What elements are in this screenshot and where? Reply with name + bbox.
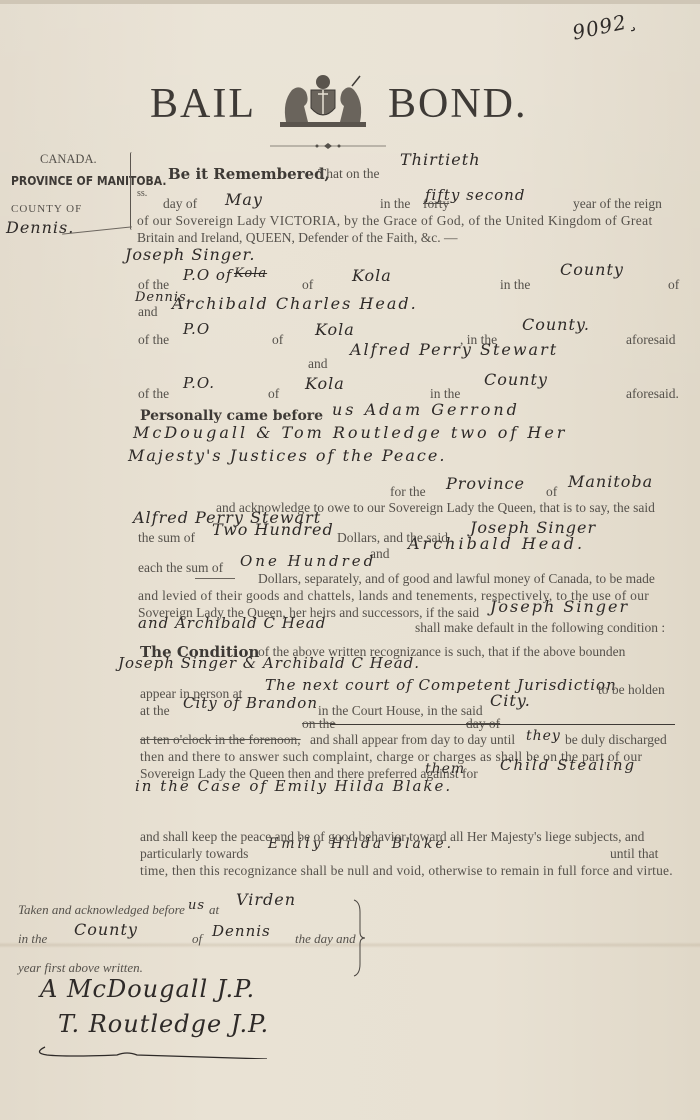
party-3-suffix: aforesaid.	[626, 386, 679, 402]
year-of-reign-label: year of the reign	[573, 196, 662, 212]
party-3-of: of	[268, 386, 279, 402]
preamble-line-3: Britain and Ireland, QUEEN, Defender of …	[137, 230, 458, 246]
party-1-place-type: P.O of	[183, 266, 232, 284]
jurisdiction-brace	[130, 152, 135, 230]
party-2-county: County.	[522, 315, 590, 334]
principal-sum: Two Hundred	[212, 520, 334, 539]
surety-2-name: Archibald Head.	[408, 534, 585, 553]
they-word: they	[526, 728, 561, 744]
day-ordinal: Thirtieth	[400, 150, 481, 169]
in-the-label: in the	[380, 196, 410, 212]
personally-came-before: Personally came before	[140, 408, 323, 424]
party-1-of: of	[302, 277, 313, 293]
party-2-connector: and	[138, 304, 158, 320]
for-label: for	[462, 766, 478, 782]
province-of-label: of	[546, 484, 557, 500]
party-3-name: Alfred Perry Stewart	[350, 340, 558, 359]
discharged-line: be duly discharged	[565, 732, 667, 748]
particularly-towards: particularly towards	[140, 846, 248, 862]
party-1-county: County	[560, 260, 624, 279]
signature-justice-1: A McDougall J.P.	[40, 975, 255, 1003]
country-label: CANADA.	[40, 152, 97, 167]
us-word: us	[188, 898, 205, 913]
bounden-names: Joseph Singer & Archibald C Head.	[118, 654, 420, 672]
the-day-and: the day and	[295, 931, 356, 947]
said-city: City.	[490, 691, 531, 710]
court-city: City of Brandon	[183, 694, 318, 712]
title-bond: BOND.	[388, 80, 528, 128]
royal-crest-icon	[278, 72, 368, 128]
in-the-label-2: in the	[18, 931, 47, 947]
each-sum-label: each the sum of	[138, 560, 223, 576]
justices-line-2: McDougall & Tom Routledge two of Her	[133, 423, 567, 442]
party-1-in-the: in the	[500, 277, 530, 293]
peace-line-3: time, then this recognizance shall be nu…	[140, 863, 673, 879]
regnal-year: fifty second	[425, 186, 525, 204]
that-on-the: That on the	[318, 166, 379, 182]
attestation-county: County	[74, 920, 138, 939]
them-word: them	[425, 761, 465, 777]
party-3-place-type: P.O.	[183, 374, 215, 392]
catalog-number: 9092¸	[570, 7, 639, 44]
province-name: Manitoba	[568, 472, 653, 491]
attestation-county-name: Dennis	[212, 922, 271, 940]
default-name-1: Joseph Singer	[490, 597, 629, 616]
year-first-written: year first above written.	[18, 960, 143, 976]
to-be-holden: to be holden	[598, 682, 665, 698]
charge: Child Stealing	[500, 756, 636, 774]
appear-day-line: and shall appear from day to day until	[310, 732, 515, 748]
default-name-2: and Archibald C Head	[138, 614, 326, 632]
court-house-line: in the Court House, in the said	[318, 703, 483, 719]
struck-time: at ten o'clock in the forenoon,	[140, 732, 301, 748]
attestation-place: Virden	[236, 890, 296, 909]
ss-label: ss.	[137, 188, 147, 199]
title-ornament	[270, 143, 386, 149]
party-3-connector: and	[308, 356, 328, 372]
charge-line-2: in the Case of Emily Hilda Blake.	[135, 777, 452, 795]
signature-flourish	[35, 1045, 270, 1059]
province-word: Province	[446, 474, 525, 493]
party-1-name: Joseph Singer.	[125, 245, 255, 264]
top-edge	[0, 0, 700, 4]
title-bail: BAIL	[150, 80, 256, 128]
until-that: until that	[610, 846, 658, 862]
at-label: at	[209, 902, 219, 918]
party-2-name: Archibald Charles Head.	[172, 294, 418, 313]
party-2-of-the: of the	[138, 332, 169, 348]
party-3-place: Kola	[305, 374, 345, 393]
at-the-label: at the	[140, 703, 170, 719]
justices-line-3: Majesty's Justices of the Peace.	[128, 446, 446, 465]
party-2-place: Kola	[315, 320, 355, 339]
appear-location: The next court of Competent Jurisdiction	[265, 676, 617, 694]
be-it-remembered: Be it Remembered,	[168, 165, 330, 183]
of-label-2: of	[192, 931, 202, 947]
party-1-place: Kola	[352, 266, 392, 285]
justices-line-1: us Adam Gerrond	[332, 400, 520, 419]
sum-rule	[195, 578, 235, 579]
bail-bond-document: 9092¸ BAIL BOND. CANADA. PROVINCE OF MAN…	[0, 0, 700, 1120]
surety-sum: One Hundred	[240, 552, 376, 570]
attestation-brace	[352, 898, 366, 978]
preamble-line-2: of our Sovereign Lady VICTORIA, by the G…	[137, 213, 653, 229]
party-3-county: County	[484, 370, 548, 389]
sum-of-label: the sum of	[138, 530, 195, 546]
province-label: PROVINCE OF MANITOBA.	[11, 174, 166, 188]
protected-person: Emily Hilda Blake.	[268, 836, 454, 852]
day-of-label: day of	[163, 196, 197, 212]
party-2-suffix: aforesaid	[626, 332, 675, 348]
party-1-suffix: of	[668, 277, 679, 293]
strike-rule	[330, 724, 675, 725]
party-2-of: of	[272, 332, 283, 348]
taken-acknowledged: Taken and acknowledged before	[18, 902, 185, 918]
signature-justice-2: T. Routledge J.P.	[58, 1010, 269, 1038]
party-2-place-type: P.O	[183, 320, 210, 338]
party-1-struck: Kola	[234, 266, 267, 281]
dollars-line: Dollars, separately, and of good and law…	[258, 571, 655, 587]
default-line: shall make default in the following cond…	[415, 620, 665, 636]
for-the-label: for the	[390, 484, 426, 500]
county-label: COUNTY OF	[11, 203, 82, 215]
party-3-of-the: of the	[138, 386, 169, 402]
month-value: May	[225, 190, 263, 209]
